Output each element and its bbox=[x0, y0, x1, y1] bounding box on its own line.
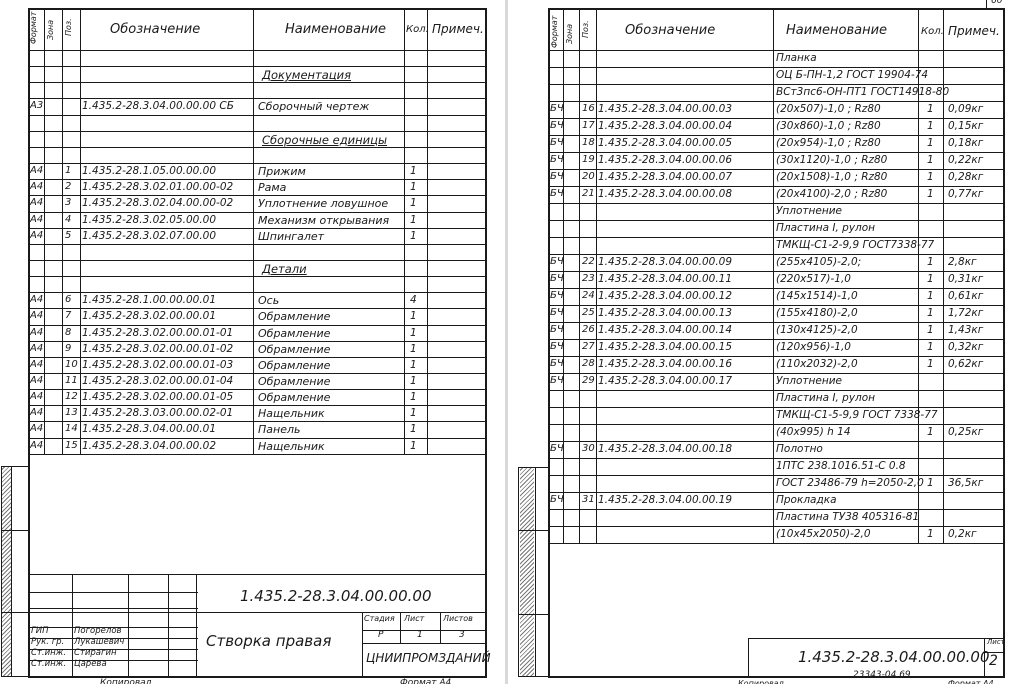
row-designation: 1.435.2-28.3.04.00.00.05 bbox=[598, 137, 732, 149]
grid-line bbox=[1, 466, 2, 676]
row-quantity: 1 bbox=[927, 188, 934, 200]
header-note: Примеч. bbox=[948, 24, 1000, 38]
header-designation: Обозначение bbox=[110, 22, 200, 37]
row-format: А4 bbox=[30, 375, 43, 386]
row-quantity: 1 bbox=[927, 324, 934, 336]
row-name: (30х860)-1,0 ; Rz80 bbox=[776, 120, 881, 132]
grid-line bbox=[28, 574, 485, 575]
row-quantity: 1 bbox=[927, 307, 934, 319]
row-designation: 1.435.2-28.3.02.05.00.00 bbox=[82, 214, 216, 226]
row-position: 28 bbox=[582, 358, 595, 369]
row-name: (10х45х2050)-2,0 bbox=[776, 528, 871, 540]
row-name: Уплотнение bbox=[776, 375, 842, 387]
row-name: (20х954)-1,0 ; Rz80 bbox=[776, 137, 881, 149]
grid-line bbox=[579, 8, 580, 543]
grid-line bbox=[28, 592, 198, 593]
row-quantity: 1 bbox=[927, 256, 934, 268]
grid-line bbox=[548, 305, 1003, 306]
grid-line bbox=[518, 467, 548, 468]
side-stamp bbox=[520, 467, 534, 676]
row-note: 1,72кг bbox=[948, 307, 983, 319]
header-qty: Кол. bbox=[406, 24, 429, 35]
row-format: А4 bbox=[30, 423, 43, 434]
row-quantity: 1 bbox=[927, 290, 934, 302]
row-name: Механизм открывания bbox=[258, 214, 389, 227]
row-designation: 1.435.2-28.3.04.00.00.12 bbox=[598, 290, 732, 302]
row-position: 7 bbox=[65, 310, 71, 321]
grid-line bbox=[28, 147, 485, 148]
row-name: ВСт3пс6-ОН-ПТ1 ГОСТ14918-80 bbox=[776, 86, 949, 98]
row-format: БЧ bbox=[550, 273, 564, 284]
row-position: 4 bbox=[65, 214, 71, 225]
footer-copied: Копировал bbox=[738, 679, 784, 684]
sheets-value: 3 bbox=[459, 630, 465, 640]
row-note: 0,32кг bbox=[948, 341, 983, 353]
row-designation: 1.435.2-28.3.02.04.00.00-02 bbox=[82, 197, 233, 209]
row-name: Пластина ТУ38 405316-81 bbox=[776, 511, 919, 523]
row-name: Обрамление bbox=[258, 359, 330, 372]
row-designation: 1.435.2-28.3.04.00.00.02 bbox=[82, 440, 216, 452]
grid-line bbox=[28, 50, 485, 51]
row-designation: 1.435.2-28.3.03.00.00.02-01 bbox=[82, 407, 233, 419]
row-quantity: 1 bbox=[927, 120, 934, 132]
row-designation: 1.435.2-28.3.04.00.00.03 bbox=[598, 103, 732, 115]
row-name: ТМКЩ-С1-5-9,9 ГОСТ 7338-77 bbox=[776, 409, 938, 421]
grid-line bbox=[548, 135, 1003, 136]
row-position: 27 bbox=[582, 341, 595, 352]
grid-line bbox=[548, 152, 1003, 153]
row-quantity: 1 bbox=[410, 375, 417, 387]
drawing-code: 1.435.2-28.3.04.00.00.00 bbox=[240, 587, 431, 605]
grid-line bbox=[548, 356, 1003, 357]
row-name: (20х507)-1,0 ; Rz80 bbox=[776, 103, 881, 115]
row-name: (40х995) h 14 bbox=[776, 426, 851, 438]
header-zone: Зона bbox=[565, 24, 574, 44]
row-note: 2,8кг bbox=[948, 256, 977, 268]
grid-line bbox=[548, 67, 1003, 68]
row-format: А4 bbox=[30, 310, 43, 321]
row-position: 21 bbox=[582, 188, 595, 199]
grid-line bbox=[28, 212, 485, 213]
row-quantity: 1 bbox=[410, 343, 417, 355]
row-designation: 1.435.2-28.3.02.00.00.01-05 bbox=[82, 391, 233, 403]
signer-role: Ст.инж. bbox=[31, 648, 66, 658]
row-name: Рама bbox=[258, 181, 286, 194]
row-note: 0,62кг bbox=[948, 358, 983, 370]
row-name: (110х2032)-2,0 bbox=[776, 358, 858, 370]
row-quantity: 4 bbox=[410, 294, 417, 306]
row-designation: 1.435.2-28.3.04.00.00.19 bbox=[598, 494, 732, 506]
grid-line bbox=[518, 530, 548, 531]
signer-name: Погорелов bbox=[74, 626, 122, 636]
grid-line bbox=[28, 389, 485, 390]
grid-line bbox=[28, 325, 485, 326]
row-quantity: 1 bbox=[927, 477, 934, 489]
header-qty: Кол. bbox=[921, 26, 944, 37]
grid-line bbox=[28, 608, 198, 609]
row-note: 0,09кг bbox=[948, 103, 983, 115]
row-format: А4 bbox=[30, 230, 43, 241]
row-note: 0,15кг bbox=[948, 120, 983, 132]
grid-line bbox=[548, 424, 1003, 425]
grid-line bbox=[28, 357, 485, 358]
row-designation: 1.435.2-28.3.04.00.00.08 bbox=[598, 188, 732, 200]
row-quantity: 1 bbox=[927, 154, 934, 166]
drawing-title: Створка правая bbox=[206, 632, 331, 650]
grid-line bbox=[28, 308, 485, 309]
row-position: 5 bbox=[65, 230, 71, 241]
sheet-value: 1 bbox=[417, 630, 423, 640]
grid-line bbox=[1003, 8, 1005, 676]
grid-line bbox=[986, 0, 987, 8]
grid-line bbox=[518, 614, 548, 615]
row-name: ТМКЩ-С1-2-9,9 ГОСТ7338-77 bbox=[776, 239, 934, 251]
row-name: Уплотнение bbox=[776, 205, 842, 217]
row-quantity: 1 bbox=[927, 341, 934, 353]
grid-line bbox=[548, 526, 1003, 527]
row-name: Ось bbox=[258, 294, 279, 307]
row-designation: 1.435.2-28.3.04.00.00.14 bbox=[598, 324, 732, 336]
footer-code: 23343-04 69 bbox=[853, 670, 911, 680]
grid-line bbox=[80, 8, 81, 454]
grid-line bbox=[28, 82, 485, 83]
row-quantity: 1 bbox=[927, 426, 934, 438]
row-quantity: 1 bbox=[410, 359, 417, 371]
row-name: Панель bbox=[258, 423, 301, 436]
footer-format: Формат А4 bbox=[948, 679, 994, 684]
section-heading: Детали bbox=[262, 262, 307, 276]
row-quantity: 1 bbox=[410, 214, 417, 226]
row-note: 0,77кг bbox=[948, 188, 983, 200]
row-position: 15 bbox=[65, 440, 78, 451]
row-quantity: 1 bbox=[927, 171, 934, 183]
grid-line bbox=[548, 441, 1003, 442]
row-format: БЧ bbox=[550, 103, 564, 114]
row-designation: 1.435.2-28.3.04.00.00.18 bbox=[598, 443, 732, 455]
row-name: (30х1120)-1,0 ; Rz80 bbox=[776, 154, 887, 166]
row-name: Прокладка bbox=[776, 494, 837, 506]
grid-line bbox=[28, 373, 485, 374]
grid-line bbox=[1, 676, 28, 677]
row-quantity: 1 bbox=[927, 358, 934, 370]
row-name: Уплотнение ловушное bbox=[258, 197, 388, 210]
grid-line bbox=[28, 405, 485, 406]
row-name: Нащельник bbox=[258, 407, 325, 420]
grid-line bbox=[28, 66, 485, 67]
grid-line bbox=[28, 163, 485, 164]
grid-line bbox=[28, 612, 485, 613]
grid-line bbox=[28, 421, 485, 422]
row-position: 31 bbox=[582, 494, 595, 505]
grid-line bbox=[548, 288, 1003, 289]
row-position: 19 bbox=[582, 154, 595, 165]
header-pos: Поз. bbox=[64, 18, 73, 36]
row-position: 30 bbox=[582, 443, 595, 454]
row-format: БЧ bbox=[550, 324, 564, 335]
row-designation: 1.435.2-28.3.04.00.00.11 bbox=[598, 273, 732, 285]
organization-name: ЦНИИПРОМЗДАНИЙ bbox=[366, 651, 491, 665]
row-quantity: 1 bbox=[410, 230, 417, 242]
section-heading: Сборочные единицы bbox=[262, 133, 387, 147]
grid-line bbox=[128, 575, 129, 676]
row-quantity: 1 bbox=[927, 273, 934, 285]
row-note: 36,5кг bbox=[948, 477, 983, 489]
row-name: (255х4105)-2,0; bbox=[776, 256, 861, 268]
row-designation: 1.435.2-28.3.04.00.00.15 bbox=[598, 341, 732, 353]
row-position: 14 bbox=[65, 423, 78, 434]
row-note: 0,22кг bbox=[948, 154, 983, 166]
grid-line bbox=[485, 8, 487, 676]
row-name: Планка bbox=[776, 52, 817, 64]
grid-line bbox=[548, 271, 1003, 272]
grid-line bbox=[28, 276, 485, 277]
row-quantity: 1 bbox=[927, 103, 934, 115]
row-name: Пластина I, рулон bbox=[776, 392, 875, 404]
grid-line bbox=[548, 220, 1003, 221]
row-designation: 1.435.2-28.3.04.00.00.00 СБ bbox=[82, 100, 234, 112]
grid-line bbox=[548, 492, 1003, 493]
row-position: 10 bbox=[65, 359, 78, 370]
row-position: 25 bbox=[582, 307, 595, 318]
row-name: ГОСТ 23486-79 h=2050-2,0 bbox=[776, 477, 924, 489]
row-name: Нащельник bbox=[258, 440, 325, 453]
signer-name: Стирагин bbox=[74, 648, 117, 658]
stage-label: Стадия bbox=[364, 614, 395, 623]
row-designation: 1.435.2-28.1.05.00.00.00 bbox=[82, 165, 216, 177]
row-format: А3 bbox=[30, 100, 43, 111]
grid-line bbox=[28, 8, 485, 10]
row-name: (145х1514)-1,0 bbox=[776, 290, 858, 302]
row-format: БЧ bbox=[550, 341, 564, 352]
grid-line bbox=[548, 458, 1003, 459]
signer-name: Лукашевич bbox=[74, 637, 124, 647]
row-format: БЧ bbox=[550, 494, 564, 505]
row-quantity: 1 bbox=[410, 310, 417, 322]
grid-line bbox=[1, 612, 28, 613]
row-name: Обрамление bbox=[258, 327, 330, 340]
row-name: (20х4100)-2,0 ; Rz80 bbox=[776, 188, 887, 200]
signer-role: ГИП bbox=[31, 626, 49, 636]
sheet-label: Лист bbox=[404, 614, 424, 623]
grid-line bbox=[596, 8, 597, 543]
row-format: БЧ bbox=[550, 290, 564, 301]
grid-line bbox=[548, 509, 1003, 510]
row-note: 1,43кг bbox=[948, 324, 983, 336]
header-zone: Зона bbox=[46, 20, 55, 40]
row-name: Шпингалет bbox=[258, 230, 324, 243]
sheets-label: Листов bbox=[443, 614, 473, 623]
grid-line bbox=[362, 612, 363, 676]
signer-role: Ст.инж. bbox=[31, 659, 66, 669]
row-format: БЧ bbox=[550, 188, 564, 199]
grid-line bbox=[11, 466, 12, 676]
row-note: 0,61кг bbox=[948, 290, 983, 302]
row-quantity: 1 bbox=[410, 181, 417, 193]
header-format: Формат bbox=[550, 16, 559, 48]
grid-line bbox=[168, 575, 169, 676]
row-designation: 1.435.2-28.3.04.00.00.13 bbox=[598, 307, 732, 319]
row-format: БЧ bbox=[550, 154, 564, 165]
grid-line bbox=[518, 467, 519, 676]
row-note: 0,2кг bbox=[948, 528, 977, 540]
row-position: 26 bbox=[582, 324, 595, 335]
row-quantity: 1 bbox=[410, 407, 417, 419]
sheet-number: 2 bbox=[989, 653, 998, 669]
grid-line bbox=[748, 638, 1003, 639]
header-name: Наименование bbox=[786, 23, 887, 38]
row-position: 16 bbox=[582, 103, 595, 114]
right-spec-sheet: 60ФорматЗонаПоз.ОбозначениеНаименованиеК… bbox=[508, 0, 1017, 684]
grid-line bbox=[548, 390, 1003, 391]
grid-line bbox=[548, 118, 1003, 119]
grid-line bbox=[362, 643, 485, 644]
grid-line bbox=[548, 8, 1003, 10]
grid-line bbox=[440, 612, 441, 643]
row-name: Обрамление bbox=[258, 391, 330, 404]
row-name: (220х517)-1,0 bbox=[776, 273, 851, 285]
row-format: А4 bbox=[30, 391, 43, 402]
row-designation: 1.435.2-28.3.04.00.00.01 bbox=[82, 423, 216, 435]
header-note: Примеч. bbox=[432, 22, 484, 36]
row-designation: 1.435.2-28.3.04.00.00.06 bbox=[598, 154, 732, 166]
row-quantity: 1 bbox=[410, 391, 417, 403]
row-designation: 1.435.2-28.3.02.01.00.00-02 bbox=[82, 181, 233, 193]
footer-copied: Копировал bbox=[100, 678, 151, 684]
grid-line bbox=[548, 101, 1003, 102]
grid-line bbox=[548, 50, 1003, 51]
grid-line bbox=[548, 676, 1005, 678]
left-spec-sheet: ФорматЗонаПоз.ОбозначениеНаименованиеКол… bbox=[0, 0, 505, 684]
row-name: Обрамление bbox=[258, 343, 330, 356]
signer-name: Царева bbox=[74, 659, 107, 669]
row-position: 24 bbox=[582, 290, 595, 301]
grid-line bbox=[548, 84, 1003, 85]
row-designation: 1.435.2-28.3.02.07.00.00 bbox=[82, 230, 216, 242]
sheet-label: Лист bbox=[987, 638, 1005, 646]
row-format: А4 bbox=[30, 214, 43, 225]
grid-line bbox=[548, 254, 1003, 255]
row-quantity: 1 bbox=[410, 440, 417, 452]
grid-line bbox=[196, 575, 197, 676]
row-format: БЧ bbox=[550, 375, 564, 386]
row-format: А4 bbox=[30, 440, 43, 451]
row-format: А4 bbox=[30, 197, 43, 208]
grid-line bbox=[28, 228, 485, 229]
row-designation: 1.435.2-28.3.04.00.00.07 bbox=[598, 171, 732, 183]
grid-line bbox=[1, 530, 28, 531]
header-designation: Обозначение bbox=[625, 23, 715, 38]
grid-line bbox=[548, 169, 1003, 170]
grid-line bbox=[28, 341, 485, 342]
grid-line bbox=[548, 322, 1003, 323]
header-name: Наименование bbox=[285, 22, 386, 37]
grid-line bbox=[548, 373, 1003, 374]
row-format: БЧ bbox=[550, 171, 564, 182]
row-quantity: 1 bbox=[410, 423, 417, 435]
grid-line bbox=[548, 186, 1003, 187]
grid-line bbox=[28, 131, 485, 132]
row-note: 0,25кг bbox=[948, 426, 983, 438]
grid-line bbox=[400, 612, 401, 643]
row-note: 0,28кг bbox=[948, 171, 983, 183]
row-format: А4 bbox=[30, 165, 43, 176]
row-position: 1 bbox=[65, 165, 71, 176]
grid-line bbox=[28, 179, 485, 180]
row-name: (20х1508)-1,0 ; Rz80 bbox=[776, 171, 887, 183]
row-name: Полотно bbox=[776, 443, 823, 455]
grid-line bbox=[548, 237, 1003, 238]
row-format: А4 bbox=[30, 294, 43, 305]
row-designation: 1.435.2-28.3.02.00.00.01 bbox=[82, 310, 216, 322]
row-position: 20 bbox=[582, 171, 595, 182]
row-designation: 1.435.2-28.3.04.00.00.16 bbox=[598, 358, 732, 370]
grid-line bbox=[518, 676, 548, 677]
row-quantity: 1 bbox=[410, 197, 417, 209]
footer-format: Формат А4 bbox=[400, 678, 451, 684]
grid-line bbox=[548, 203, 1003, 204]
row-designation: 1.435.2-28.3.04.00.00.17 bbox=[598, 375, 732, 387]
grid-line bbox=[548, 407, 1003, 408]
row-position: 17 bbox=[582, 120, 595, 131]
row-name: (155х4180)-2,0 bbox=[776, 307, 858, 319]
row-name: 1ПТС 238.1016.51-С 0.8 bbox=[776, 460, 906, 472]
row-quantity: 1 bbox=[927, 137, 934, 149]
grid-line bbox=[28, 292, 485, 293]
row-note: 0,18кг bbox=[948, 137, 983, 149]
grid-line bbox=[28, 438, 485, 439]
row-designation: 1.435.2-28.3.02.00.00.01-02 bbox=[82, 343, 233, 355]
row-format: А4 bbox=[30, 407, 43, 418]
grid-line bbox=[44, 8, 45, 454]
row-format: БЧ bbox=[550, 120, 564, 131]
row-format: А4 bbox=[30, 327, 43, 338]
row-designation: 1.435.2-28.3.04.00.00.09 bbox=[598, 256, 732, 268]
grid-line bbox=[253, 8, 254, 454]
row-format: БЧ bbox=[550, 443, 564, 454]
row-name: Пластина I, рулон bbox=[776, 222, 875, 234]
grid-line bbox=[72, 575, 73, 676]
row-name: Прижим bbox=[258, 165, 306, 178]
row-position: 9 bbox=[65, 343, 71, 354]
row-format: БЧ bbox=[550, 256, 564, 267]
row-designation: 1.435.2-28.3.02.00.00.01-03 bbox=[82, 359, 233, 371]
row-designation: 1.435.2-28.3.04.00.00.04 bbox=[598, 120, 732, 132]
row-position: 2 bbox=[65, 181, 71, 192]
row-quantity: 1 bbox=[410, 165, 417, 177]
row-position: 6 bbox=[65, 294, 71, 305]
row-position: 11 bbox=[65, 375, 78, 386]
row-designation: 1.435.2-28.3.02.00.00.01-04 bbox=[82, 375, 233, 387]
row-name: Обрамление bbox=[258, 310, 330, 323]
row-position: 29 bbox=[582, 375, 595, 386]
grid-line bbox=[748, 638, 749, 676]
row-position: 23 bbox=[582, 273, 595, 284]
grid-line bbox=[548, 543, 1003, 544]
row-format: БЧ bbox=[550, 358, 564, 369]
grid-line bbox=[28, 260, 485, 261]
grid-line bbox=[62, 8, 63, 454]
row-name: ОЦ Б-ПН-1,2 ГОСТ 19904-74 bbox=[776, 69, 928, 81]
signer-role: Рук. гр. bbox=[31, 637, 64, 647]
grid-line bbox=[548, 475, 1003, 476]
row-name: (120х956)-1,0 bbox=[776, 341, 851, 353]
row-name: (130х4125)-2,0 bbox=[776, 324, 858, 336]
row-quantity: 1 bbox=[410, 327, 417, 339]
drawing-code: 1.435.2-28.3.04.00.00.00 bbox=[798, 648, 989, 666]
row-name: Обрамление bbox=[258, 375, 330, 388]
grid-line bbox=[28, 195, 485, 196]
side-stamp bbox=[2, 466, 11, 676]
